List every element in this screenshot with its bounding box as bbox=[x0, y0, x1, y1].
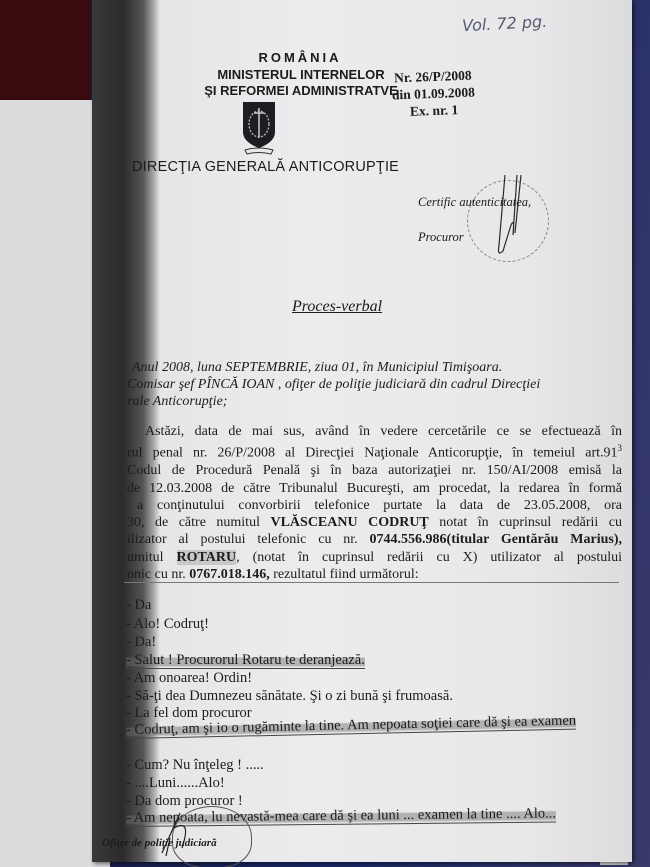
reference-block: Nr. 26/P/2008 din 01.09.2008 Ex. nr. 1 bbox=[391, 67, 476, 121]
para-line: onic cu nr. 0767.018.146, rezultatul fii… bbox=[127, 566, 622, 583]
dialogue-line: - Cum? Nu înţeleg ! ..... bbox=[126, 757, 264, 774]
header-ministry-line2: ŞI REFORMEI ADMINISTRATVE bbox=[176, 83, 426, 98]
para-text: rezultatul fiind următorul: bbox=[270, 567, 419, 582]
para-text: rul penal nr. 26/P/2008 al Direcţiei Naţ… bbox=[127, 446, 618, 461]
para-line: Astăzi, data de mai sus, având în vedere… bbox=[127, 423, 622, 440]
reference-date: din 01.09.2008 bbox=[392, 84, 475, 104]
header-country: ROMÂNIA bbox=[220, 50, 380, 65]
dialogue-line: - Alo! Codruţ! bbox=[126, 616, 209, 633]
para-text: 30, de către numitul bbox=[127, 515, 270, 530]
para-line: rul penal nr. 26/P/2008 al Direcţiei Naţ… bbox=[127, 440, 622, 462]
handwritten-note: Vol. 72 pg. bbox=[462, 12, 548, 35]
document-page: ROMÂNIA MINISTERUL INTERNELOR ŞI REFORME… bbox=[92, 0, 632, 862]
header-directorate: DIRECŢIA GENERALĂ ANTICORUPŢIE bbox=[132, 159, 399, 175]
phone-number: 0744.556.986(titular Gentărău Marius), bbox=[370, 532, 622, 547]
superscript: 3 bbox=[618, 443, 623, 453]
intro-line-2: Comisar şef PÎNCĂ IOAN , ofiţer de poliţ… bbox=[127, 377, 540, 393]
dialogue-line: - Să-ţi dea Dumnezeu sănătate. Şi o zi b… bbox=[126, 688, 453, 705]
header-ministry-line1: MINISTERUL INTERNELOR bbox=[176, 67, 426, 82]
para-line: de 12.03.2008 de către Tribunalul Bucure… bbox=[127, 480, 622, 497]
divider bbox=[124, 582, 619, 583]
person-name: VLĂSCEANU CODRUŢ bbox=[270, 515, 428, 530]
dialogue-line: - ....Luni......Alo! bbox=[126, 775, 225, 792]
para-text: , (notat în cuprinsul redării cu X) util… bbox=[236, 550, 622, 565]
document-title: Proces-verbal bbox=[292, 298, 382, 316]
intro-line-3: rale Anticorupţie; bbox=[127, 394, 227, 410]
dialogue-line: - Da bbox=[126, 597, 151, 614]
body-paragraph: Astăzi, data de mai sus, având în vedere… bbox=[127, 423, 622, 583]
para-line: a conţinutului convorbirii telefonice pu… bbox=[127, 497, 622, 514]
para-text: onic cu nr. bbox=[127, 567, 189, 582]
para-text: ilizator al postului telefonic cu nr. bbox=[127, 532, 370, 547]
para-line: ilizator al postului telefonic cu nr. 07… bbox=[127, 531, 622, 548]
para-text: umitul bbox=[127, 550, 177, 565]
highlighted-text: - Salut ! Procurorul Rotaru te deranjeaz… bbox=[126, 652, 365, 669]
coat-of-arms-icon bbox=[239, 100, 279, 156]
signature-icon bbox=[487, 175, 537, 265]
dialogue-line: - Am onoarea! Ordin! bbox=[126, 670, 252, 687]
para-line: 30, de către numitul VLĂSCEANU CODRUŢ no… bbox=[127, 514, 622, 531]
dialogue-line: - Da! bbox=[126, 634, 156, 651]
para-line: umitul ROTARU, (notat în cuprinsul redăr… bbox=[127, 549, 622, 566]
signature-icon bbox=[152, 808, 202, 858]
para-line: Codul de Procedură Penală şi în baza aut… bbox=[127, 462, 622, 479]
reference-copy: Ex. nr. 1 bbox=[392, 101, 475, 121]
certification-role: Procuror bbox=[418, 230, 464, 245]
dialogue-line: - Salut ! Procurorul Rotaru te deranjeaz… bbox=[126, 652, 365, 669]
footer-signature-label: Ofiţer de poliţie judiciară bbox=[102, 837, 217, 849]
intro-line-1: Anul 2008, luna SEPTEMBRIE, ziua 01, în … bbox=[132, 360, 502, 376]
phone-number: 0767.018.146, bbox=[189, 567, 270, 582]
para-text: notat în cuprinsul redării cu bbox=[429, 515, 622, 530]
person-name: ROTARU bbox=[177, 550, 237, 565]
